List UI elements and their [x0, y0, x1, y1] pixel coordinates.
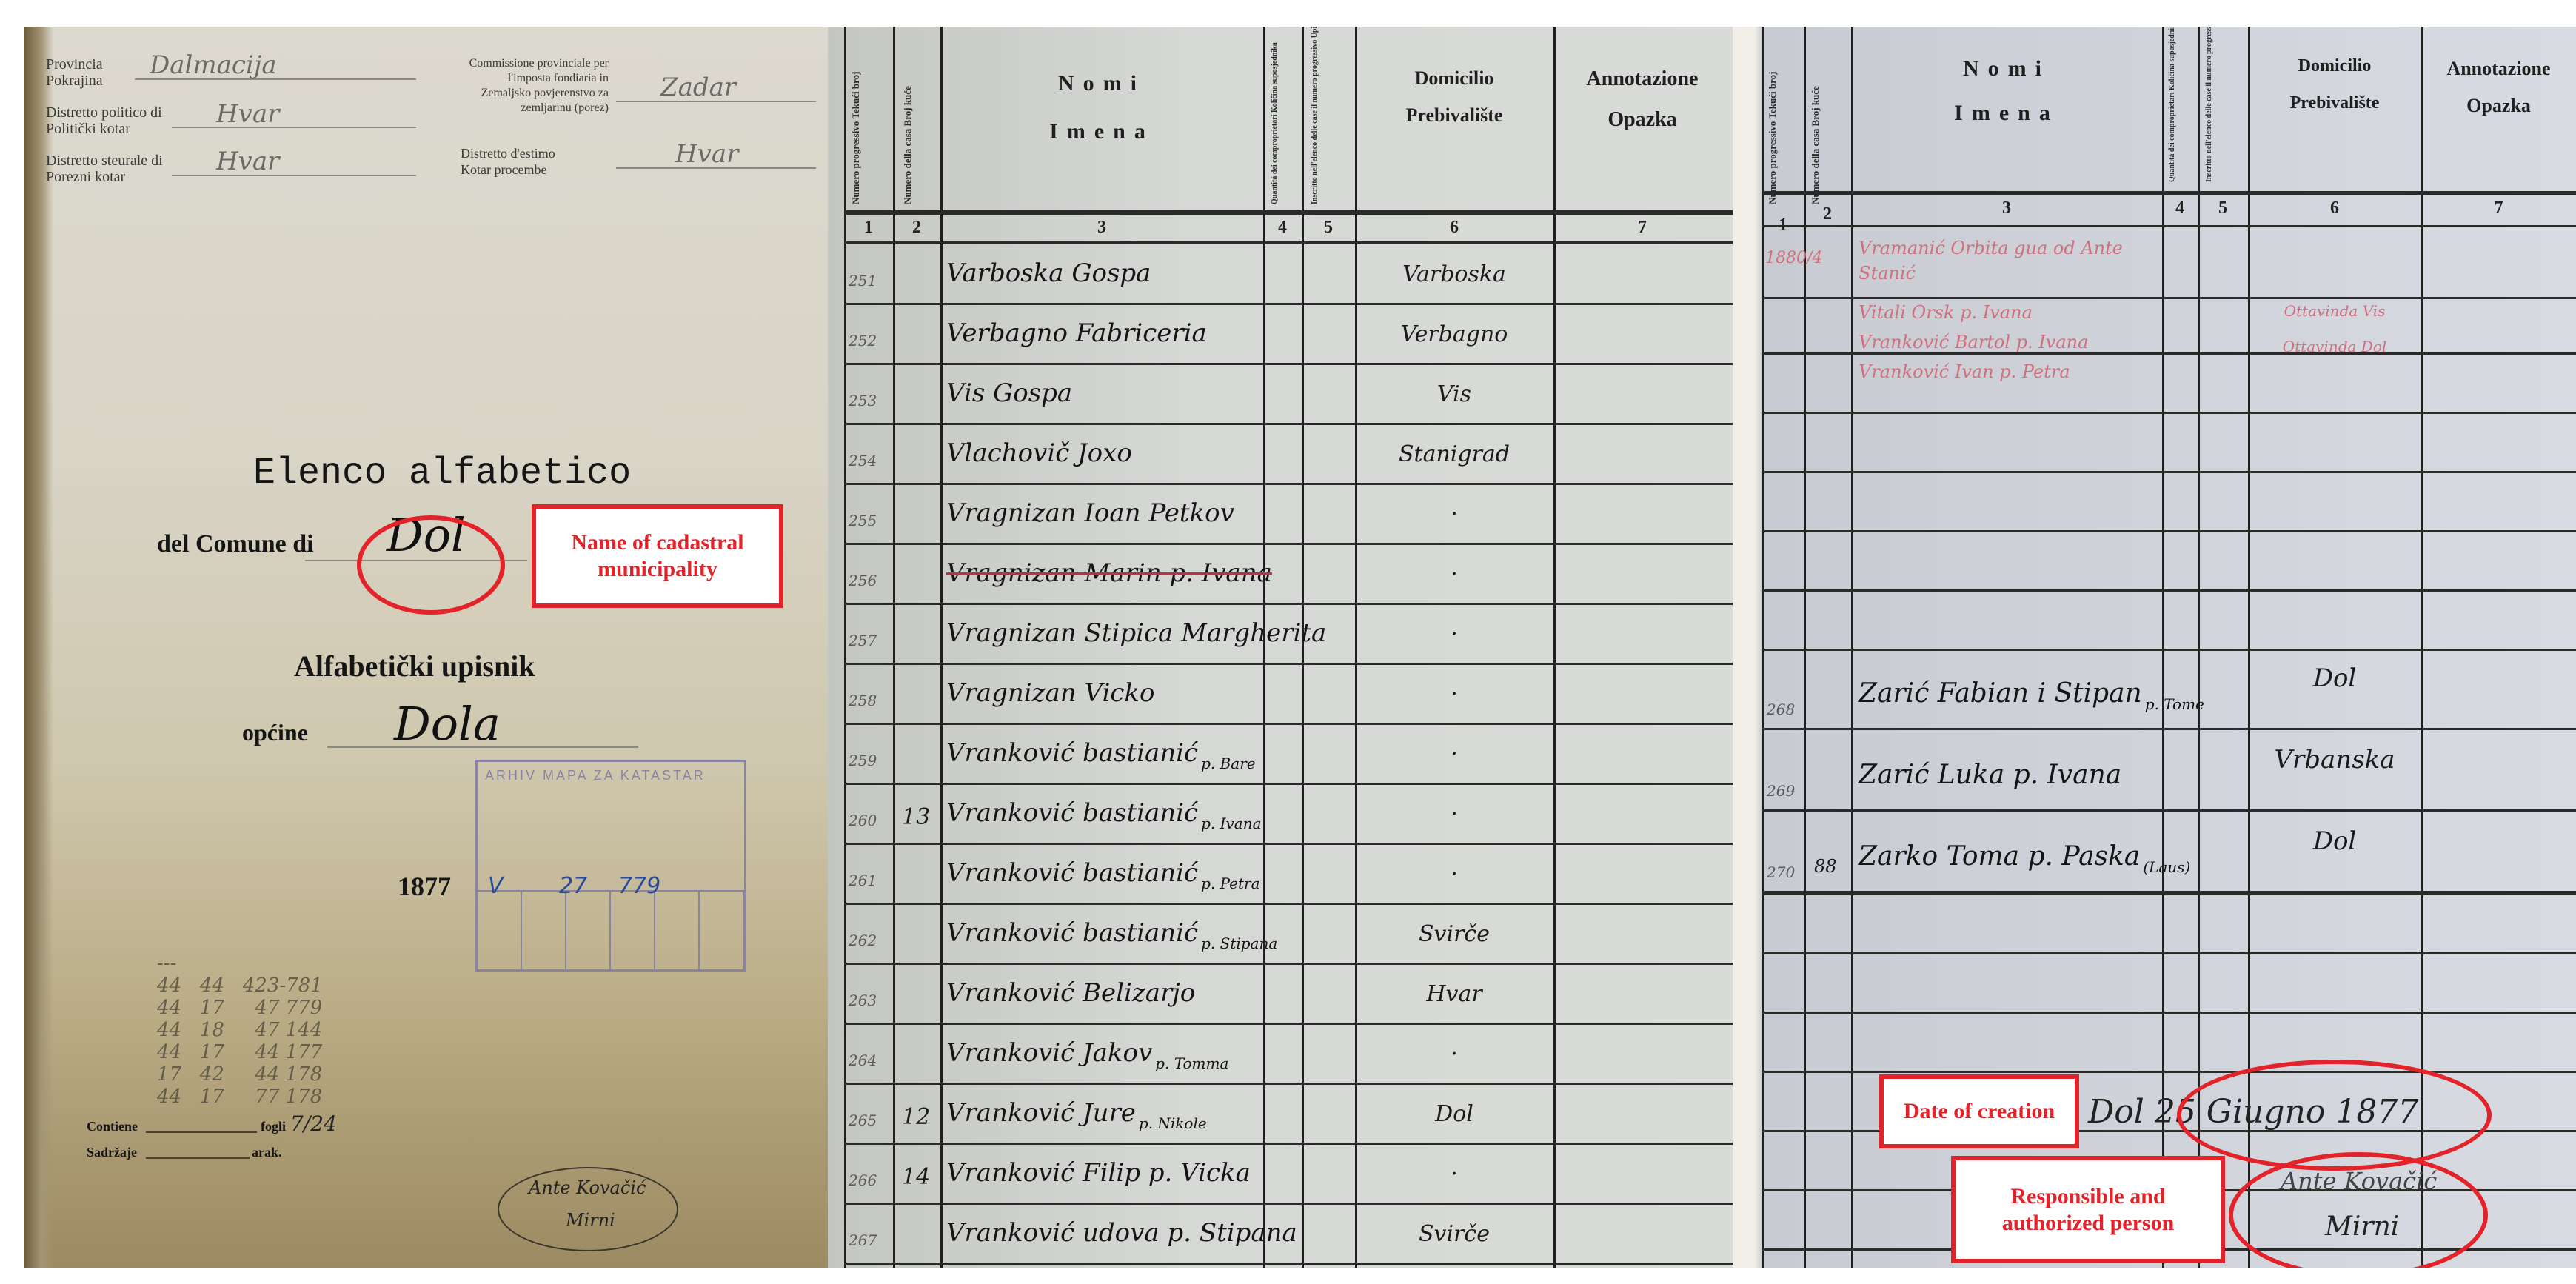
row-number: 264 [849, 1051, 877, 1069]
stamp-value-3: 779 [618, 873, 660, 899]
col-num-5: 5 [2198, 198, 2248, 218]
row-house-number: 14 [902, 1164, 930, 1190]
row-name: Vranković bastianićp. Bare [946, 738, 1256, 772]
table-row: 268Zarić Fabian i Stipanp. TomeDol [1733, 649, 2576, 730]
row-number: 260 [849, 812, 877, 829]
table-row: 259Vranković bastianićp. Bare· [828, 725, 1733, 785]
register-page-right: Numero progressivo Tekući broj Numero de… [1733, 27, 2576, 1268]
field-commissione-value: Zadar [660, 73, 736, 102]
header-rule [844, 241, 1733, 244]
row-domicile: Svirče [1355, 1221, 1553, 1247]
stamp-value-2: 27 [559, 873, 587, 899]
row-name: Vlachovič Joxo [946, 438, 1135, 472]
row-number: 254 [849, 452, 877, 469]
col-header-3-it: Nomi [940, 71, 1263, 96]
field-provincia-label: ProvinciaPokrajina [46, 56, 103, 89]
field-distretto-estimo-label: Distretto d'estimoKotar procembe [461, 145, 609, 178]
row-number: 258 [849, 692, 877, 709]
row-number: 263 [849, 992, 877, 1009]
row-rule [1762, 352, 2576, 355]
title-alfabeticki-upisnik: Alfabetički upisnik [294, 649, 535, 683]
col-num-6: 6 [2248, 198, 2421, 218]
row-name: Vranković udova p. Stipana [946, 1218, 1300, 1252]
row-name: Vranković bastianićp. Ivana [946, 798, 1262, 832]
table-row: 26013Vranković bastianićp. Ivana· [828, 785, 1733, 845]
table-row: 258Vragnizan Vicko· [828, 665, 1733, 725]
row-rule [1762, 589, 2576, 592]
row-rule [844, 1263, 1733, 1265]
row-domicile: Varboska [1355, 261, 1553, 287]
col-header-3-hr: Imena [1851, 101, 2162, 126]
table-row: 269Zarić Luka p. IvanaVrbanska [1733, 730, 2576, 812]
row-rule [1762, 530, 2576, 532]
row-domicile: · [1355, 621, 1553, 647]
archive-stamp: ARHIV MAPA ZA KATASTAR V 27 779 [475, 760, 746, 972]
col-num-5: 5 [1302, 218, 1355, 238]
row-domicile: Vrbanska [2248, 745, 2421, 775]
col-header-5: Inscritto nell'elenco delle case il nume… [2204, 27, 2215, 182]
field-provincia-value: Dalmacija [150, 50, 277, 80]
row-name: Vranković Jakovp. Tomma [946, 1038, 1228, 1072]
table-row: 252Verbagno FabriceriaVerbagno [828, 305, 1733, 365]
comune-label: del Comune di [157, 530, 314, 558]
row-number: 266 [849, 1171, 877, 1189]
row-name: Vranković Belizarjo [946, 978, 1198, 1012]
row-name: Vranković bastianićp. Stipana [946, 918, 1277, 952]
col-header-3-it: Nomi [1851, 56, 2162, 81]
col-header-6-it: Domicilio [2248, 56, 2421, 76]
field-distretto-steurale-label: Distretto steurale diPorezni kotar [46, 153, 163, 185]
row-name: Vranković Filip p. Vicka [946, 1158, 1254, 1192]
row-domicile: Dol [2248, 663, 2421, 693]
red-entry-domicile: Ottavinda Vis [2251, 302, 2418, 320]
row-domicile: · [1355, 1041, 1553, 1067]
col-num-7: 7 [2421, 198, 2576, 218]
stamp-value-1: V [488, 873, 504, 899]
col-header-7-hr: Opazka [1553, 108, 1731, 132]
col-header-6-hr: Prebivalište [1355, 104, 1553, 127]
row-rule [1762, 471, 2576, 473]
col-num-4: 4 [1263, 218, 1302, 238]
row-house-number: 88 [1814, 856, 1837, 877]
row-name: Vragnizan Vicko [946, 678, 1157, 712]
col-num-4: 4 [2162, 198, 2198, 218]
row-number: 259 [849, 752, 877, 769]
table-row: 251Varboska GospaVarboska [828, 245, 1733, 305]
red-entry-name: Vranković Bartol p. Ivana [1859, 332, 2088, 352]
red-entry-number: 1880/4 [1765, 249, 1822, 267]
stamp-header: ARHIV MAPA ZA KATASTAR [485, 768, 706, 783]
row-number: 251 [849, 272, 877, 290]
col-header-1: Numero progressivo Tekući broj [850, 49, 861, 204]
table-row: 256Vragnizan Marin p. Ivana· [828, 545, 1733, 605]
signature-stamp: Ante Kovačić Mirni [498, 1167, 678, 1251]
cover-page: ProvinciaPokrajina Dalmacija Distretto p… [24, 27, 828, 1268]
col-header-4: Quantità dei comproprietari Količina sup… [1269, 34, 1280, 204]
fogli-label: fogli [261, 1119, 286, 1134]
year: 1877 [398, 871, 451, 902]
col-divider [1762, 27, 1764, 1268]
col-header-1: Numero progressivo Tekući broj [1767, 71, 1778, 204]
col-header-5: Inscritto nell'elenco delle case il nume… [1309, 27, 1320, 204]
col-num-2: 2 [893, 218, 940, 238]
row-rule [1762, 952, 2576, 954]
row-house-number: 12 [902, 1104, 930, 1130]
row-name: Varboska Gospa [946, 258, 1154, 292]
row-rule [1762, 1012, 2576, 1014]
table-row: 253Vis GospaVis [828, 365, 1733, 425]
col-header-2: Numero della casa Broj kuće [1810, 71, 1821, 204]
row-number: 270 [1767, 863, 1795, 881]
row-name: Vranković bastianićp. Petra [946, 858, 1260, 892]
row-name: Vranković Jurep. Nikole [946, 1098, 1207, 1132]
row-rule [1762, 297, 2576, 299]
row-number: 255 [849, 512, 877, 529]
sadrzaje-rule [146, 1157, 250, 1159]
row-domicile: Hvar [1355, 981, 1553, 1007]
table-row: 257Vragnizan Stipica Margherita· [828, 605, 1733, 665]
col-header-7-it: Annotazione [1553, 67, 1731, 91]
pencil-tallies: ‑‑‑44 44 423‑78144 17 47 77944 18 47 144… [157, 952, 323, 1108]
row-name: Zarko Toma p. Paska(Laus) [1859, 841, 2190, 876]
col-num-3: 3 [1851, 198, 2162, 218]
row-number: 268 [1767, 700, 1795, 718]
row-number: 262 [849, 932, 877, 949]
header-rule [1762, 191, 2576, 195]
register-page-left: Numero progressivo Tekući broj Numero de… [828, 27, 1733, 1268]
row-domicile: · [1355, 801, 1553, 827]
field-commissione-label: Commissione provinciale per l'imposta fo… [461, 56, 609, 116]
red-entry-name: Vramanić Orbita gua od Ante Stanić [1859, 235, 2155, 286]
red-entry-name: Vranković Ivan p. Petra [1859, 361, 2070, 382]
row-number: 261 [849, 872, 877, 889]
table-row: 262Vranković bastianićp. StipanaSvirče [828, 905, 1733, 965]
col-num-6: 6 [1355, 218, 1553, 238]
row-domicile: · [1355, 861, 1553, 887]
col-header-7-it: Annotazione [2421, 58, 2576, 80]
sadrzaje-label: Sadržaje [87, 1145, 137, 1160]
title-elenco-alfabetico: Elenco alfabetico [253, 452, 631, 495]
field-rule [172, 175, 416, 176]
contiene-label: Contiene [87, 1119, 138, 1134]
field-distretto-politico-label: Distretto politico diPolitički kotar [46, 104, 162, 137]
table-row: 267Vranković udova p. StipanaSvirče [828, 1205, 1733, 1265]
row-name: Vragnizan Marin p. Ivana [946, 558, 1275, 592]
row-rule [1762, 893, 2576, 895]
annotation-circle-responsible-person [2229, 1152, 2488, 1268]
table-row: 255Vragnizan Ioan Petkov· [828, 485, 1733, 545]
row-number: 252 [849, 332, 877, 350]
red-entry-name: Vitali Orsk p. Ivana [1859, 302, 2033, 323]
col-num-7: 7 [1553, 218, 1731, 238]
col-header-6-hr: Prebivalište [2248, 93, 2421, 113]
row-name: Vragnizan Stipica Margherita [946, 618, 1329, 652]
contiene-rule [146, 1131, 257, 1133]
row-domicile: Dol [1355, 1101, 1553, 1127]
header-rule [1762, 225, 2576, 227]
row-domicile: Dol [2248, 826, 2421, 856]
row-domicile: · [1355, 741, 1553, 767]
field-distretto-politico-value: Hvar [216, 99, 279, 129]
stamp-grid [478, 890, 744, 969]
table-row: 264Vranković Jakovp. Tomma· [828, 1025, 1733, 1085]
row-number: 256 [849, 572, 877, 589]
row-name: Zarić Fabian i Stipanp. Tome [1859, 678, 2204, 713]
field-rule [172, 127, 416, 128]
col-header-3-hr: Imena [940, 119, 1263, 144]
row-domicile: Stanigrad [1355, 441, 1553, 467]
field-distretto-estimo-value: Hvar [675, 139, 738, 169]
field-distretto-steurale-value: Hvar [216, 147, 279, 176]
row-domicile: · [1355, 501, 1553, 527]
col-num-1: 1 [844, 218, 893, 238]
row-name: Zarić Luka p. Ivana [1859, 760, 2124, 795]
col-header-2: Numero della casa Broj kuće [902, 49, 913, 204]
row-domicile: · [1355, 561, 1553, 587]
row-domicile: Vis [1355, 381, 1553, 407]
row-name: Verbagno Fabriceria [946, 318, 1210, 352]
annotation-label-date: Date of creation [1879, 1074, 2079, 1148]
table-row: 26512Vranković Jurep. NikoleDol [828, 1085, 1733, 1145]
table-row: 27088Zarko Toma p. Paska(Laus)Dol [1733, 812, 2576, 893]
arak-label: arak. [252, 1145, 282, 1160]
col-header-4: Quantità dei comproprietari Količina sup… [2167, 27, 2178, 182]
row-domicile: Svirče [1355, 921, 1553, 947]
row-rule [1762, 412, 2576, 414]
row-rule [1762, 1071, 2576, 1073]
row-name: Vis Gospa [946, 378, 1075, 412]
opcine-label: općine [242, 719, 308, 746]
fogli-value: 7/24 [290, 1111, 337, 1136]
table-row: 26614Vranković Filip p. Vicka· [828, 1145, 1733, 1205]
table-row: 254Vlachovič JoxoStanigrad [828, 425, 1733, 485]
row-number: 257 [849, 632, 877, 649]
row-name: Vragnizan Ioan Petkov [946, 498, 1237, 532]
row-domicile: · [1355, 1161, 1553, 1187]
col-header-6-it: Domicilio [1355, 67, 1553, 90]
row-house-number: 13 [902, 804, 930, 830]
table-row: 261Vranković bastianićp. Petra· [828, 845, 1733, 905]
row-number: 265 [849, 1111, 877, 1129]
row-number: 253 [849, 392, 877, 409]
row-number: 269 [1767, 782, 1795, 800]
row-domicile: · [1355, 681, 1553, 707]
annotation-circle-municipality [357, 515, 505, 615]
opcine-value: Dola [394, 697, 501, 751]
annotation-label-municipality: Name of cadastral municipality [532, 504, 783, 608]
col-num-3: 3 [940, 218, 1263, 238]
annotation-label-responsible-person: Responsible and authorized person [1951, 1156, 2225, 1263]
book-spine [24, 27, 53, 1268]
row-number: 267 [849, 1231, 877, 1249]
col-header-7-hr: Opazka [2421, 95, 2576, 117]
row-domicile: Verbagno [1355, 321, 1553, 347]
col-num-2: 2 [1804, 204, 1851, 224]
table-row: 263Vranković BelizarjoHvar [828, 965, 1733, 1025]
header-rule [844, 210, 1733, 215]
